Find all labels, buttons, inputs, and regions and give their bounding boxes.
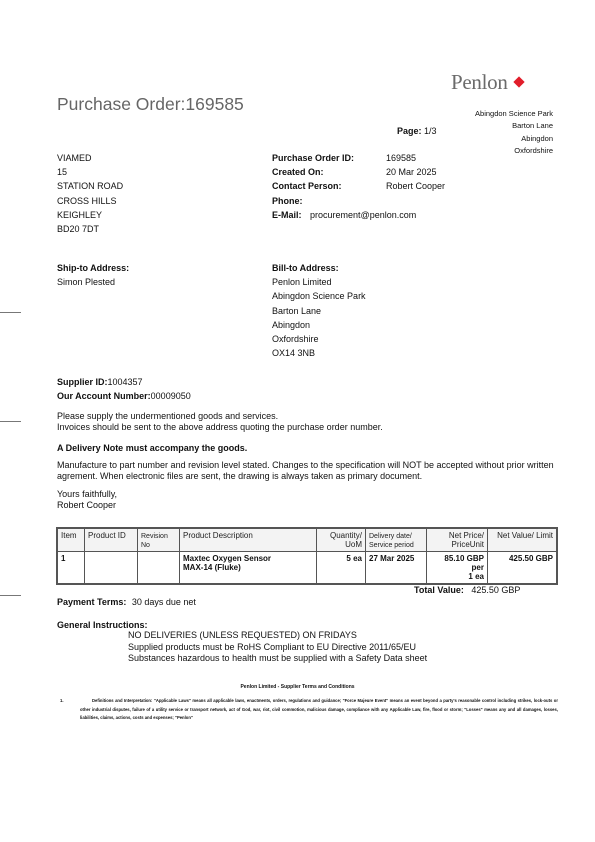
po-id-row: Purchase Order ID: 169585 — [272, 151, 445, 165]
cell-net-value: 425.50 GBP — [488, 552, 558, 585]
page-value: 1/3 — [424, 126, 437, 136]
supply-line: Please supply the undermentioned goods a… — [57, 411, 383, 422]
terms-title: Penlon Limited - Supplier Terms and Cond… — [0, 684, 595, 690]
cell-delivery: 27 Mar 2025 — [366, 552, 427, 585]
description-line: MAX-14 (Fluke) — [183, 563, 313, 572]
bill-to-line: Penlon Limited — [272, 275, 366, 289]
phone-label: Phone: — [272, 194, 386, 208]
page-title: Purchase Order:169585 — [57, 94, 244, 115]
penlon-logo: Penlon — [451, 70, 523, 95]
col-delivery: Delivery date/ Service period — [369, 533, 414, 549]
instructions-label: General Instructions: — [57, 620, 148, 630]
company-address-line: Oxfordshire — [475, 145, 553, 157]
cell-product-id — [85, 552, 138, 585]
email-label: E-Mail: — [272, 210, 302, 220]
supplier-address-line: BD20 7DT — [57, 222, 123, 236]
supplier-address-line: VIAMED — [57, 151, 123, 165]
net-price-line: 1 ea — [430, 572, 484, 581]
instruction-line: Supplied products must be RoHS Compliant… — [128, 642, 427, 654]
created-label: Created On: — [272, 165, 386, 179]
table-row: 1 Maxtec Oxygen Sensor MAX-14 (Fluke) 5 … — [57, 552, 557, 585]
cell-net-price: 85.10 GBP per 1 ea — [427, 552, 488, 585]
logo-text: Penlon — [451, 70, 508, 94]
instruction-line: NO DELIVERIES (UNLESS REQUESTED) ON FRID… — [128, 630, 427, 642]
bill-to-line: Oxfordshire — [272, 332, 366, 346]
delivery-note-notice: A Delivery Note must accompany the goods… — [57, 443, 247, 454]
contact-label: Contact Person: — [272, 179, 386, 193]
col-item: Item — [57, 528, 85, 552]
created-row: Created On: 20 Mar 2025 — [272, 165, 445, 179]
supplier-address-line: STATION ROAD — [57, 179, 123, 193]
fold-mark — [0, 595, 21, 596]
email-value[interactable]: procurement@penlon.com — [310, 210, 416, 220]
payment-value: 30 days due net — [132, 597, 196, 607]
supplier-address-line: KEIGHLEY — [57, 208, 123, 222]
created-value: 20 Mar 2025 — [386, 165, 437, 179]
diamond-icon — [513, 76, 524, 87]
table-header-row: Item Product ID Revision No Product Desc… — [57, 528, 557, 552]
supplier-id-value: 1004357 — [108, 377, 143, 387]
supplier-id-row: Supplier ID:1004357 — [57, 375, 191, 389]
manufacture-notice: Manufacture to part number and revision … — [57, 460, 559, 482]
col-revision: Revision No — [141, 533, 168, 549]
col-description: Product Description — [180, 528, 317, 552]
company-address: Abingdon Science Park Barton Lane Abingd… — [475, 108, 553, 157]
col-product-id: Product ID — [85, 528, 138, 552]
instruction-line: Substances hazardous to health must be s… — [128, 653, 427, 665]
col-quantity: Quantity/ UoM — [317, 528, 366, 552]
order-info: Purchase Order ID: 169585 Created On: 20… — [272, 151, 445, 222]
fold-mark — [0, 312, 21, 313]
cell-quantity: 5 ea — [317, 552, 366, 585]
payment-terms: Payment Terms: 30 days due net — [57, 597, 196, 607]
items-table: Item Product ID Revision No Product Desc… — [56, 527, 558, 585]
email-row: E-Mail: procurement@penlon.com — [272, 208, 445, 222]
company-address-line: Abingdon — [475, 133, 553, 145]
instructions-list: NO DELIVERIES (UNLESS REQUESTED) ON FRID… — [128, 630, 427, 665]
terms-clause: 1. Definitions and Interpretation: "Appl… — [60, 697, 558, 723]
supplier-address-line: 15 — [57, 165, 123, 179]
bill-to-address: Bill-to Address: Penlon Limited Abingdon… — [272, 261, 366, 360]
cell-description: Maxtec Oxygen Sensor MAX-14 (Fluke) — [180, 552, 317, 585]
col-net-value: Net Value/ Limit — [488, 528, 558, 552]
bill-to-line: OX14 3NB — [272, 346, 366, 360]
signatory-name: Robert Cooper — [57, 500, 117, 511]
total-label: Total Value: — [414, 585, 464, 595]
company-address-line: Barton Lane — [475, 120, 553, 132]
account-label: Our Account Number: — [57, 391, 151, 401]
account-value: 00009050 — [151, 391, 191, 401]
page-label: Page: — [397, 126, 422, 136]
bill-to-line: Abingdon Science Park — [272, 289, 366, 303]
col-net-price: Net Price/ PriceUnit — [427, 528, 488, 552]
supply-line: Invoices should be sent to the above add… — [57, 422, 383, 433]
supplier-address-line: CROSS HILLS — [57, 194, 123, 208]
payment-label: Payment Terms: — [57, 597, 126, 607]
account-row: Our Account Number:00009050 — [57, 389, 191, 403]
total-amount: 425.50 GBP — [471, 585, 520, 595]
signature-block: Yours faithfully, Robert Cooper — [57, 489, 117, 511]
net-price-line: 85.10 GBP per — [430, 554, 484, 572]
total-value: Total Value: 425.50 GBP — [414, 585, 520, 595]
phone-row: Phone: — [272, 194, 445, 208]
supplier-address: VIAMED 15 STATION ROAD CROSS HILLS KEIGH… — [57, 151, 123, 236]
clause-text: Definitions and Interpretation: "Applica… — [80, 697, 558, 723]
po-id-value: 169585 — [386, 151, 416, 165]
closing-text: Yours faithfully, — [57, 489, 117, 500]
clause-number: 1. — [60, 697, 64, 706]
contact-value: Robert Cooper — [386, 179, 445, 193]
cell-revision — [138, 552, 180, 585]
ship-to-line: Simon Plested — [57, 275, 129, 289]
fold-mark — [0, 421, 21, 422]
supplier-id-label: Supplier ID: — [57, 377, 108, 387]
contact-row: Contact Person: Robert Cooper — [272, 179, 445, 193]
ship-to-address: Ship-to Address: Simon Plested — [57, 261, 129, 289]
company-address-line: Abingdon Science Park — [475, 108, 553, 120]
bill-to-line: Barton Lane — [272, 304, 366, 318]
bill-to-label: Bill-to Address: — [272, 261, 366, 275]
bill-to-line: Abingdon — [272, 318, 366, 332]
page-number: Page: 1/3 — [397, 126, 437, 136]
cell-item: 1 — [57, 552, 85, 585]
description-line: Maxtec Oxygen Sensor — [183, 554, 313, 563]
po-id-label: Purchase Order ID: — [272, 151, 386, 165]
ship-to-label: Ship-to Address: — [57, 261, 129, 275]
supplier-ids: Supplier ID:1004357 Our Account Number:0… — [57, 375, 191, 403]
supply-instructions: Please supply the undermentioned goods a… — [57, 411, 383, 433]
